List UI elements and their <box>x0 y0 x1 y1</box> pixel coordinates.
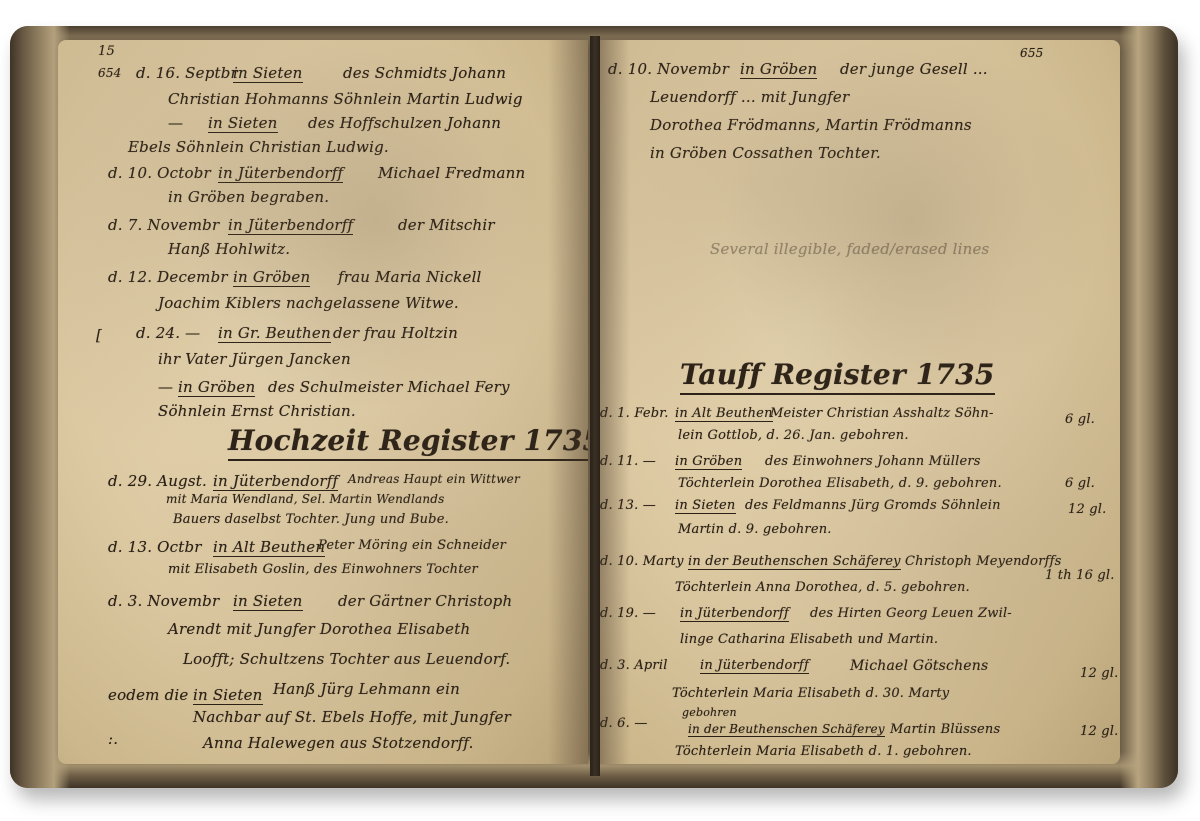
baptism-line: Michael Götschens <box>850 658 988 674</box>
marriage-date: d. 29. Augst. <box>108 472 207 490</box>
margin-mark: :. <box>108 730 118 748</box>
baptism-line: gebohren <box>682 706 737 719</box>
baptism-line: Töchterlein Dorothea Elisabeth, d. 9. ge… <box>678 476 1002 491</box>
entry-line: der frau Holtzin <box>333 324 458 342</box>
baptism-date: d. 11. — <box>600 454 656 469</box>
baptism-date: d. 3. April <box>600 658 668 673</box>
entry-line: des Schmidts Johann <box>343 64 506 82</box>
baptism-place: in Alt Beuthen <box>675 406 773 422</box>
baptism-place: in Sieten <box>675 498 736 514</box>
page-number: 655 <box>1020 46 1044 60</box>
baptism-place: in der Beuthenschen Schäferey <box>688 722 885 737</box>
page-number: 654 <box>98 66 122 80</box>
marriage-place: in Alt Beuthen <box>213 538 325 557</box>
entry-line: Christian Hohmanns Söhnlein Martin Ludwi… <box>168 90 523 108</box>
entry-date: d. 16. Septbr <box>136 64 238 82</box>
marriage-line: Hanß Jürg Lehmann ein <box>273 680 460 698</box>
baptism-place: in Gröben <box>675 454 742 470</box>
marriage-line: Loofft; Schultzens Tochter aus Leuendorf… <box>183 650 510 668</box>
marriage-line: Arendt mit Jungfer Dorothea Elisabeth <box>168 620 470 638</box>
entry-line: Joachim Kiblers nachgelassene Witwe. <box>158 294 459 312</box>
section-heading-marriages: Hochzeit Register 1735 <box>228 424 588 461</box>
margin-bracket: [ <box>96 326 102 344</box>
entry-date: d. 10. Octobr <box>108 164 211 182</box>
entry-line: Michael Fredmann <box>378 164 525 182</box>
faded-text-block: Several illegible, faded/erased lines <box>710 240 989 258</box>
entry-date: — <box>168 114 183 132</box>
marriage-line: Anna Halewegen aus Stotzendorff. <box>203 734 474 752</box>
marriage-line: Peter Möring ein Schneider <box>318 538 506 553</box>
marriage-date: d. 3. Novembr <box>108 592 219 610</box>
entry-date: — <box>158 378 173 396</box>
baptism-line: linge Catharina Elisabeth und Martin. <box>680 632 938 647</box>
baptism-date: d. 6. — <box>600 716 648 731</box>
baptism-line: Töchterlein Maria Elisabeth d. 1. gebohr… <box>675 744 972 759</box>
marriage-line: der Gärtner Christoph <box>338 592 512 610</box>
entry-line: des Hoffschulzen Johann <box>308 114 501 132</box>
entry-date: d. 7. Novembr <box>108 216 219 234</box>
baptism-line: lein Gottlob, d. 26. Jan. gebohren. <box>678 428 909 443</box>
entry-place: in Jüterbendorff <box>218 164 343 183</box>
section-heading-baptisms: Tauff Register 1735 <box>680 358 995 395</box>
baptism-line: Christoph Meyendorffs <box>905 554 1062 569</box>
entry-line: in Gröben begraben. <box>168 188 329 206</box>
marriage-place: in Sieten <box>233 592 303 611</box>
baptism-line: Töchterlein Anna Dorothea, d. 5. gebohre… <box>675 580 970 595</box>
marriage-line: mit Maria Wendland, Sel. Martin Wendland… <box>166 492 445 506</box>
baptism-fee: 12 gl. <box>1080 724 1119 739</box>
marriage-line: mit Elisabeth Goslin, des Einwohners Toc… <box>168 562 478 577</box>
entry-place: in Gröben <box>740 60 817 79</box>
entry-date: d. 10. Novembr <box>608 60 729 78</box>
marriage-line: Nachbar auf St. Ebels Hoffe, mit Jungfer <box>193 708 511 726</box>
marriage-place: in Sieten <box>193 686 263 705</box>
entry-line: frau Maria Nickell <box>338 268 482 286</box>
entry-line: ihr Vater Jürgen Jancken <box>158 350 351 368</box>
entry-line: Dorothea Frödmanns, Martin Frödmanns <box>650 116 972 134</box>
marriage-date: d. 13. Octbr <box>108 538 202 556</box>
baptism-line: Martin Blüssens <box>890 722 1000 737</box>
entry-place: in Gröben <box>178 378 255 397</box>
baptism-line: Martin d. 9. gebohren. <box>678 522 832 537</box>
entry-place: in Sieten <box>233 64 303 83</box>
corner-mark: 15 <box>98 44 115 59</box>
marriage-line: Andreas Haupt ein Wittwer <box>348 472 520 486</box>
entry-date: d. 12. Decembr <box>108 268 228 286</box>
right-page: 655 d. 10. Novembr in Gröben der junge G… <box>600 40 1120 764</box>
baptism-place: in Jüterbendorff <box>680 606 789 622</box>
baptism-line: des Hirten Georg Leuen Zwil- <box>810 606 1012 621</box>
entry-place: in Gr. Beuthen <box>218 324 331 343</box>
marriage-place: in Jüterbendorff <box>213 472 338 491</box>
entry-place: in Gröben <box>233 268 310 287</box>
baptism-fee: 6 gl. <box>1065 412 1095 427</box>
entry-line: Hanß Hohlwitz. <box>168 240 290 258</box>
baptism-fee: 6 gl. <box>1065 476 1095 491</box>
book-gutter <box>590 36 600 776</box>
baptism-line: Töchterlein Maria Elisabeth d. 30. Marty <box>672 686 949 701</box>
baptism-fee: 12 gl. <box>1080 666 1119 681</box>
baptism-line: des Einwohners Johann Müllers <box>765 454 981 469</box>
entry-line: der Mitschir <box>398 216 495 234</box>
baptism-fee: 1 th 16 gl. <box>1045 568 1115 583</box>
entry-line: Ebels Söhnlein Christian Ludwig. <box>128 138 389 156</box>
entry-line: in Gröben Cossathen Tochter. <box>650 144 881 162</box>
baptism-line: Meister Christian Asshaltz Söhn- <box>770 406 994 421</box>
marriage-date: eodem die <box>108 686 188 704</box>
baptism-date: d. 13. — <box>600 498 656 513</box>
entry-line: des Schulmeister Michael Fery <box>268 378 510 396</box>
entry-line: Leuendorff ... mit Jungfer <box>650 88 849 106</box>
baptism-line: des Feldmanns Jürg Gromds Söhnlein <box>745 498 1001 513</box>
baptism-date: d. 19. — <box>600 606 656 621</box>
entry-line: Söhnlein Ernst Christian. <box>158 402 356 420</box>
open-register-book: 15 654 d. 16. Septbr in Sieten des Schmi… <box>10 26 1178 788</box>
marriage-line: Bauers daselbst Tochter. Jung und Bube. <box>173 512 449 527</box>
entry-place: in Jüterbendorff <box>228 216 353 235</box>
baptism-fee: 12 gl. <box>1068 502 1107 517</box>
left-page: 15 654 d. 16. Septbr in Sieten des Schmi… <box>58 40 588 764</box>
entry-line: der junge Gesell ... <box>840 60 988 78</box>
baptism-place: in der Beuthenschen Schäferey <box>688 554 901 570</box>
baptism-date: d. 1. Febr. <box>600 406 669 421</box>
entry-date: d. 24. — <box>136 324 200 342</box>
baptism-place: in Jüterbendorff <box>700 658 809 674</box>
baptism-date: d. 10. Marty <box>600 554 684 569</box>
entry-place: in Sieten <box>208 114 278 133</box>
